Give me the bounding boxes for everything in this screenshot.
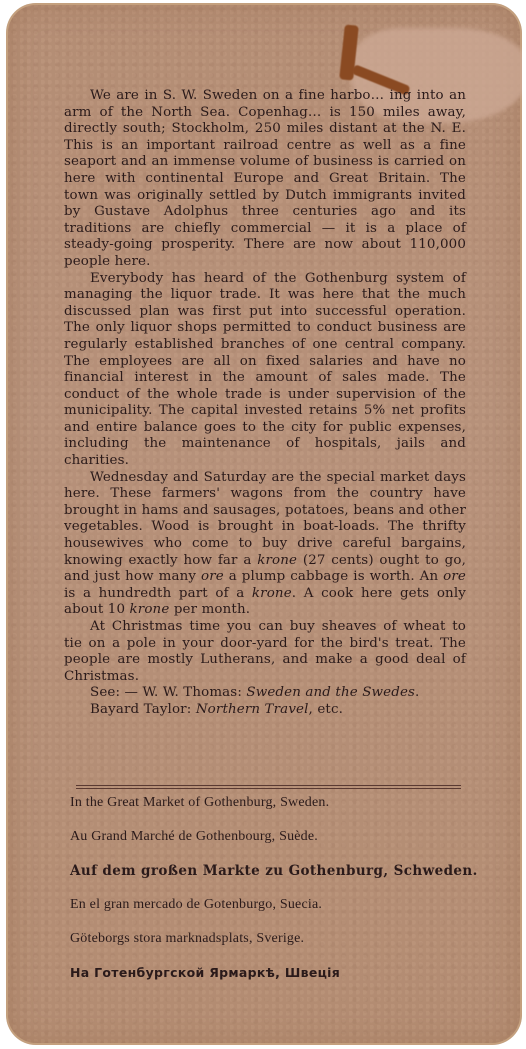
- caption-english: In the Great Market of Gothenburg, Swede…: [70, 795, 329, 811]
- divider-rule: [76, 785, 461, 786]
- caption-german: Auf dem großen Markte zu Gothenburg, Sch…: [70, 863, 478, 879]
- reference-taylor: Bayard Taylor: Northern Travel, etc.: [90, 702, 466, 719]
- caption-russian: На Готенбургской Ярмаркѣ, Швеція: [70, 965, 340, 980]
- caption-swedish: Göteborgs stora marknadsplats, Sverige.: [70, 931, 304, 947]
- paragraph-market-days: Wednesday and Saturday are the special m…: [64, 470, 466, 619]
- paragraph-liquor-system: Everybody has heard of the Gothenburg sy…: [64, 271, 466, 470]
- caption-spanish: En el gran mercado de Gotenburgo, Suecia…: [70, 897, 322, 913]
- description-text: We are in S. W. Sweden on a fine harbo… …: [64, 88, 466, 719]
- references: See: — W. W. Thomas: Sweden and the Swed…: [64, 685, 466, 718]
- caption-french: Au Grand Marché de Gothenbourg, Suède.: [70, 829, 318, 845]
- reference-thomas: See: — W. W. Thomas: Sweden and the Swed…: [90, 685, 466, 702]
- paragraph-christmas: At Christmas time you can buy sheaves of…: [64, 619, 466, 685]
- divider-rule-secondary: [76, 788, 461, 789]
- paragraph-location: We are in S. W. Sweden on a fine harbo… …: [64, 88, 466, 271]
